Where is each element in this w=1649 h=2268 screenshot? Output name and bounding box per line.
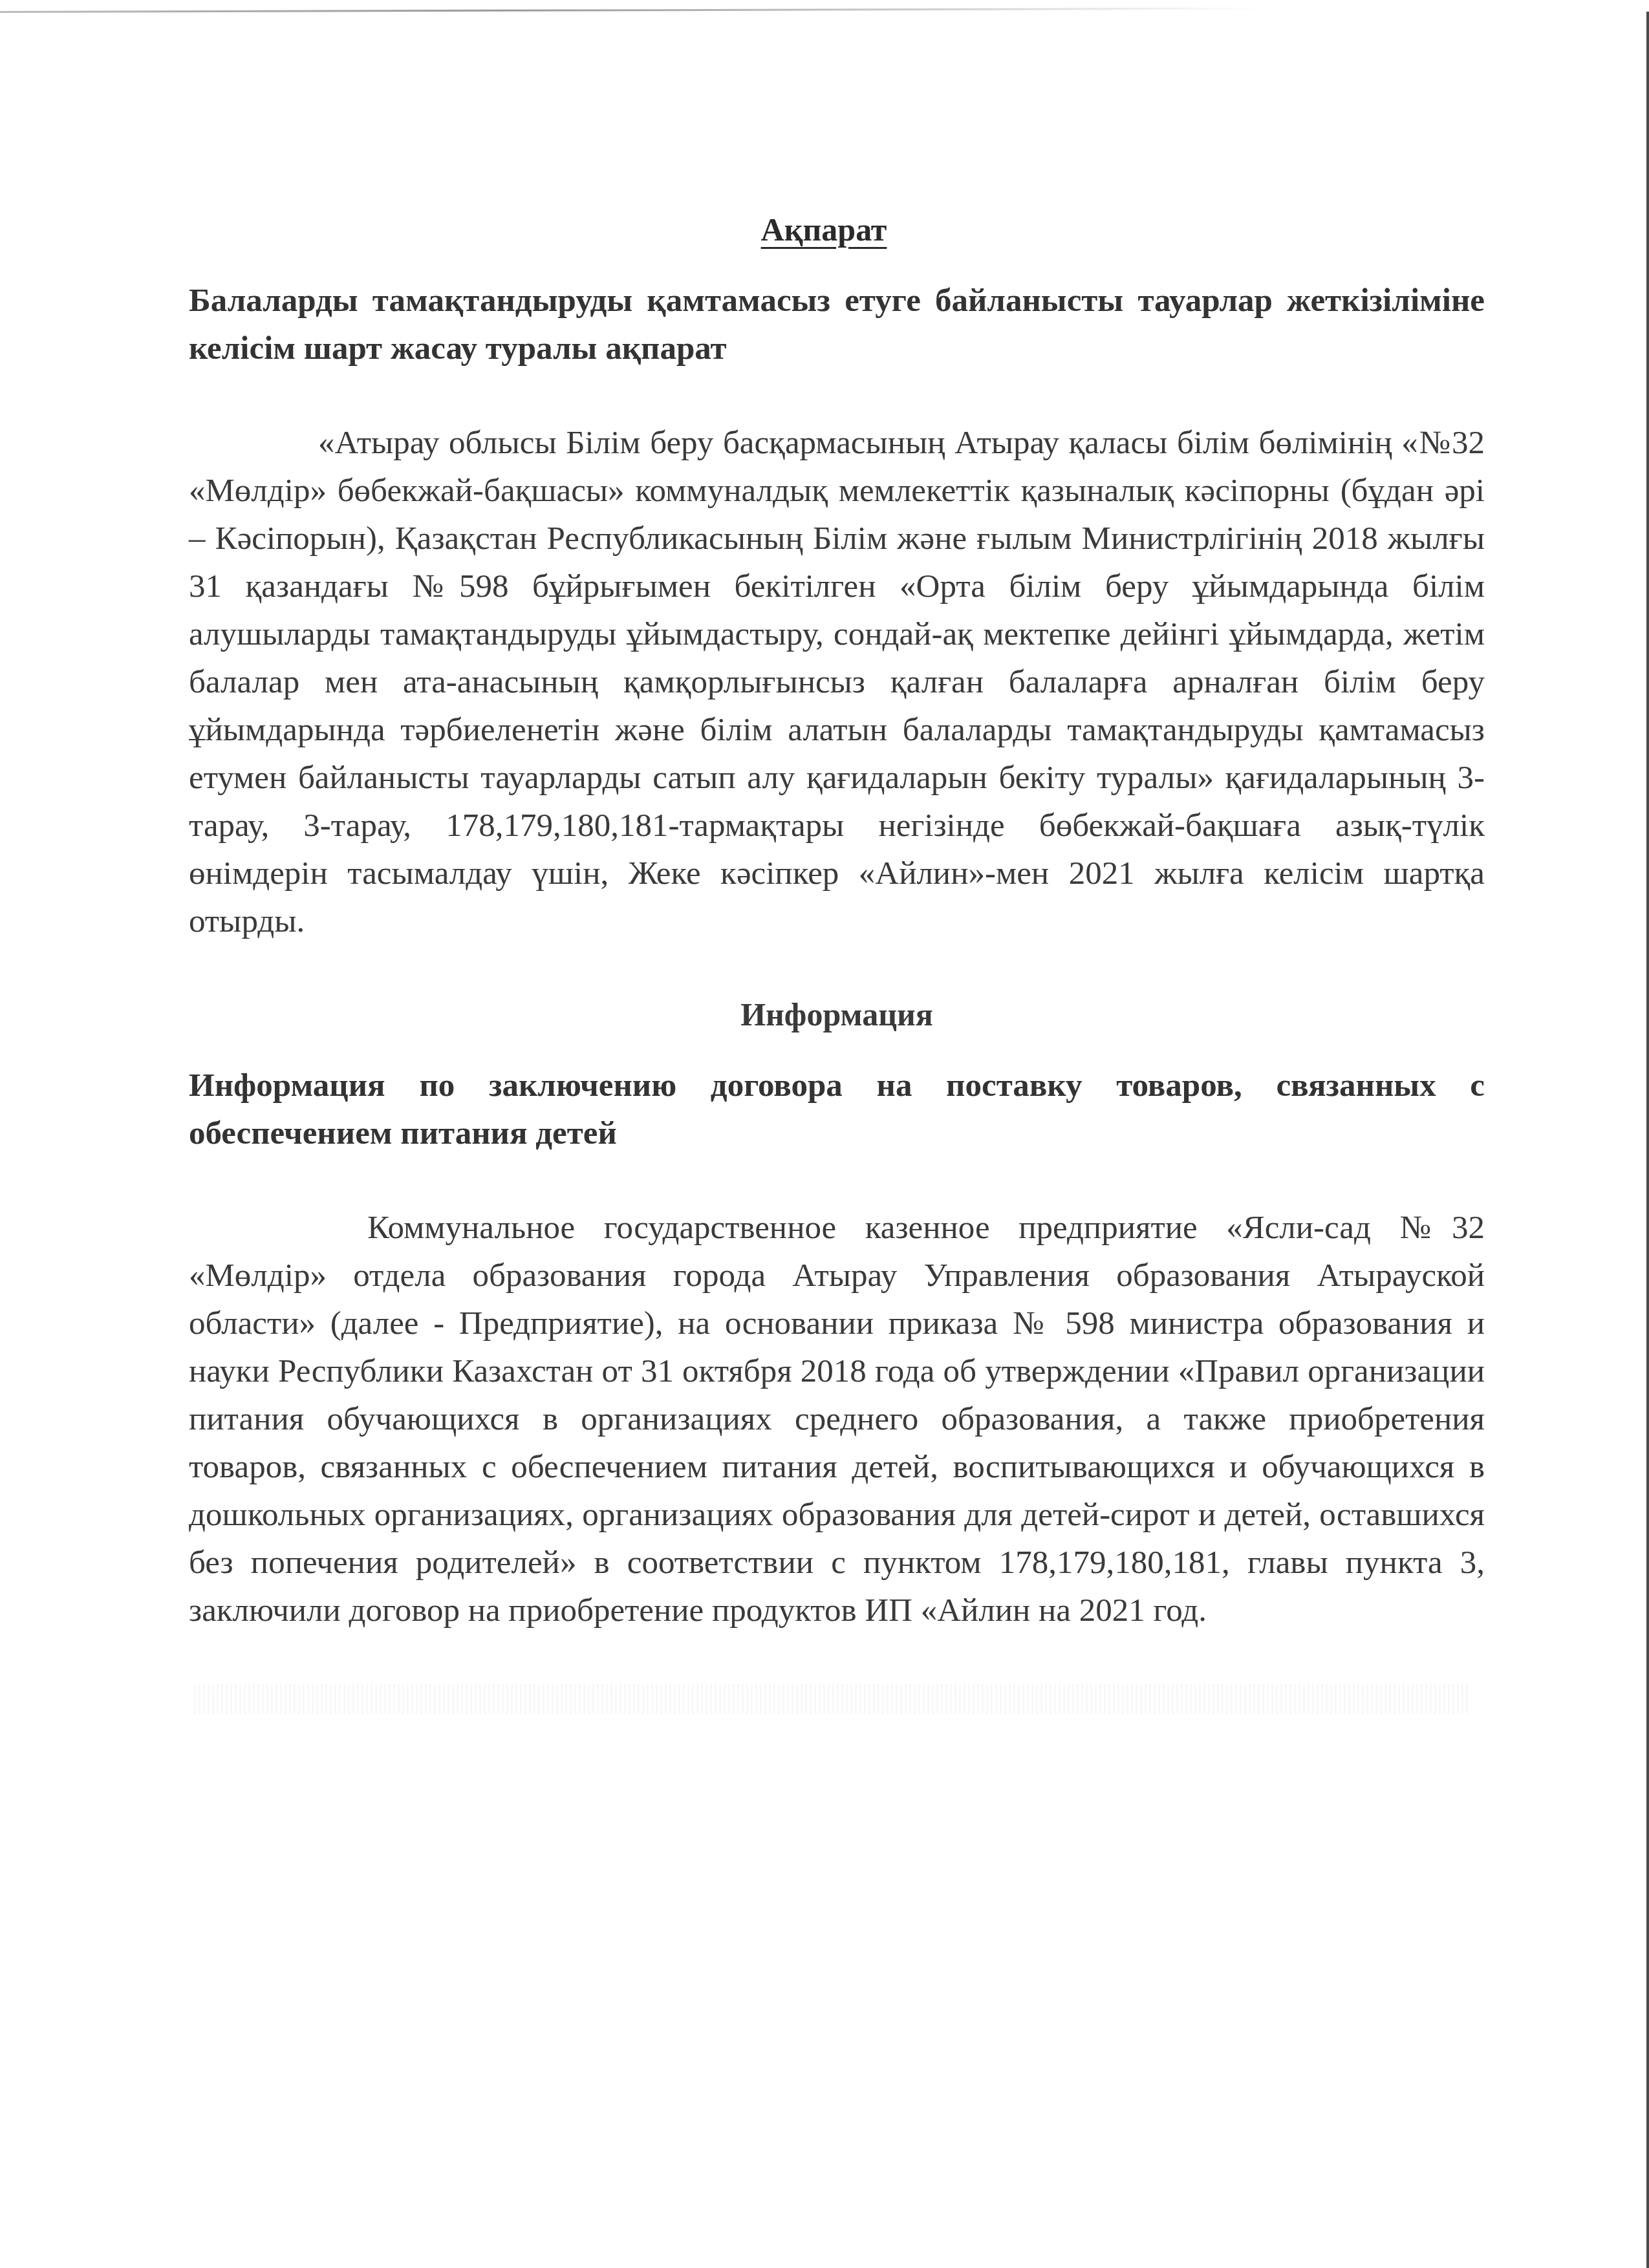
- scan-noise-artifact: [194, 1684, 1468, 1714]
- russian-section: Информация Информация по заключению дого…: [189, 990, 1485, 1634]
- kazakh-title-text: Ақпарат: [761, 211, 913, 248]
- kazakh-title: Ақпарат: [189, 206, 1485, 253]
- russian-title: Информация: [189, 990, 1485, 1038]
- scan-edge-top: [0, 8, 1261, 13]
- kazakh-section: Ақпарат Балаларды тамақтандыруды қамтама…: [189, 206, 1485, 945]
- kazakh-heading: Балаларды тамақтандыруды қамтамасыз етуг…: [189, 277, 1485, 372]
- russian-body-paragraph: Коммунальное государственное казенное пр…: [189, 1204, 1485, 1634]
- kazakh-body-paragraph: «Атырау облысы Білім беру басқармасының …: [189, 419, 1485, 945]
- scan-edge-right: [1646, 12, 1649, 2268]
- document-page: Ақпарат Балаларды тамақтандыруды қамтама…: [189, 206, 1485, 1634]
- russian-heading: Информация по заключению договора на пос…: [189, 1062, 1485, 1157]
